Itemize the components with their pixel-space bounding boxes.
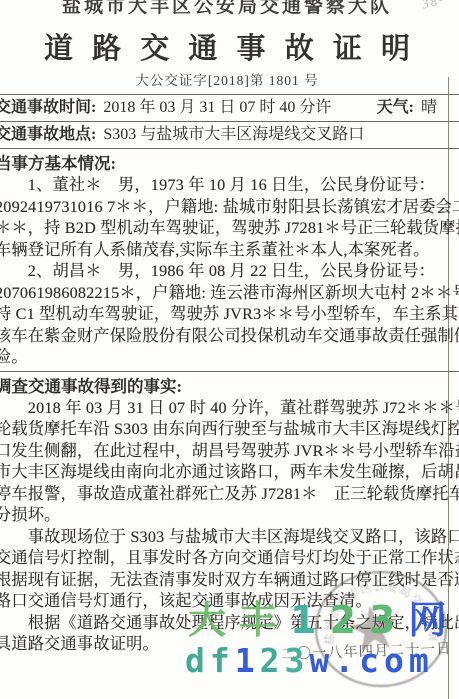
text-line: 2018 年 03 月 31 日 07 时 40 分许，董社群驾驶苏 J72＊＊… (0, 398, 459, 420)
watermark-char: 2 (329, 601, 355, 639)
document-title: 道路交通事故证明 (0, 26, 459, 67)
text-line: 1、董社＊ 男，1973 年 10 月 16 日生，公民身份证号： (0, 175, 459, 197)
watermark-char: 大 (188, 601, 226, 639)
watermark-char: d (185, 644, 205, 677)
watermark-line1: 大丰123网 (188, 601, 446, 639)
text-line: 车辆登记所有人系储茂春,实际车主系董社＊本人,本案死者。 (0, 240, 459, 262)
text-line: 停车报警，事故造成董社群死亡及苏 J7281＊ 正三轮载货摩托车部 (0, 484, 459, 506)
text-line: 分损坏。 (0, 505, 459, 527)
text-line: 口发生侧翻，在此过程中，胡昌号驾驶苏 JVR＊＊号小型轿车沿盐城 (0, 441, 459, 463)
accident-location-value: S303 与盐城市大丰区海堤线交叉路口 (103, 125, 364, 145)
weather-value: 晴 (421, 98, 437, 118)
section-parties-body: 1、董社＊ 男，1973 年 10 月 16 日生，公民身份证号：2092419… (0, 175, 459, 369)
text-line: ＊＊，持 B2D 型机动车驾驶证，驾驶苏 J7281＊号正三轮载货摩托车， (0, 218, 459, 240)
section-parties-heading: 当事方基本情况: (0, 149, 459, 175)
watermark-char: 1 (235, 644, 255, 677)
watermark-char: 1 (290, 601, 316, 639)
text-line: 险。 (0, 347, 459, 369)
document-number: 大公交证字[2018]第 1801 号 (0, 69, 459, 89)
watermark-line2: df123w.com (185, 644, 429, 677)
watermark-char: o (384, 644, 404, 677)
weather-label: 天气: (377, 98, 414, 118)
text-line: 207061986082215＊，户籍地: 连云港市海州区新坝大屯村 2＊＊号， (0, 283, 459, 305)
watermark-char: 3 (285, 644, 305, 677)
text-line: 持 C1 型机动车驾驶证，驾驶苏 JVR3＊＊号小型轿车，车主系其本人， (0, 304, 459, 326)
watermark-char: 2 (260, 644, 280, 677)
text-line: 2092419731016 7＊＊，户籍地: 盐城市射阳县长荡镇宏才居委会二组 (0, 197, 459, 219)
text-line: 交通信号灯控制，且事发时各方向交通信号灯均处于正常工作状态。 (0, 548, 459, 570)
text-line: 2、胡昌＊ 男，1986 年 08 月 22 日生，公民身份证号： (0, 261, 459, 283)
accident-time-value: 2018 年 03 月 31 日 07 时 40 分许 (103, 98, 331, 118)
watermark-char: m (409, 644, 429, 677)
accident-time-row: 交通事故时间: 2018 年 03 月 31 日 07 时 40 分许 天气: … (0, 95, 459, 122)
accident-time-label: 交通事故时间: (0, 98, 96, 118)
text-line: 轮载货摩托车沿 S303 由东向西行驶至与盐城市大丰区海堤线灯控路 (0, 419, 459, 441)
scanned-document-page: 盐城市大丰区公安局交通警察大队 道路交通事故证明 大公交证字[2018]第 18… (0, 0, 459, 699)
watermark-char: 3 (369, 601, 395, 639)
document-content: 盐城市大丰区公安局交通警察大队 道路交通事故证明 大公交证字[2018]第 18… (0, 0, 459, 656)
watermark-char: c (359, 644, 379, 677)
section-parties: 当事方基本情况: 1、董社＊ 男，1973 年 10 月 16 日生，公民身份证… (0, 149, 459, 369)
text-line: 事故现场位于 S303 与盐城市大丰区海堤线交叉路口，该路口有 (0, 527, 459, 549)
accident-location-row: 交通事故地点: S303 与盐城市大丰区海堤线交叉路口 (0, 122, 459, 149)
issuing-agency: 盐城市大丰区公安局交通警察大队 (0, 0, 459, 18)
accident-location-label: 交通事故地点: (0, 125, 96, 145)
section-facts-heading: 调查交通事故得到的事实: (0, 372, 459, 398)
watermark-char: f (210, 644, 230, 677)
watermark-char: . (334, 644, 354, 677)
watermark-char: w (309, 644, 329, 677)
text-line: 该车在紫金财产保险股份有限公司投保机动车交通事故责任强制保 (0, 326, 459, 348)
weather-field: 天气: 晴 (377, 98, 437, 118)
watermark-char: 网 (408, 601, 446, 639)
watermark-char: 丰 (239, 601, 277, 639)
text-line: 市大丰区海堤线由南向北亦通过该路口，两车未发生碰擦，后胡昌号 (0, 462, 459, 484)
